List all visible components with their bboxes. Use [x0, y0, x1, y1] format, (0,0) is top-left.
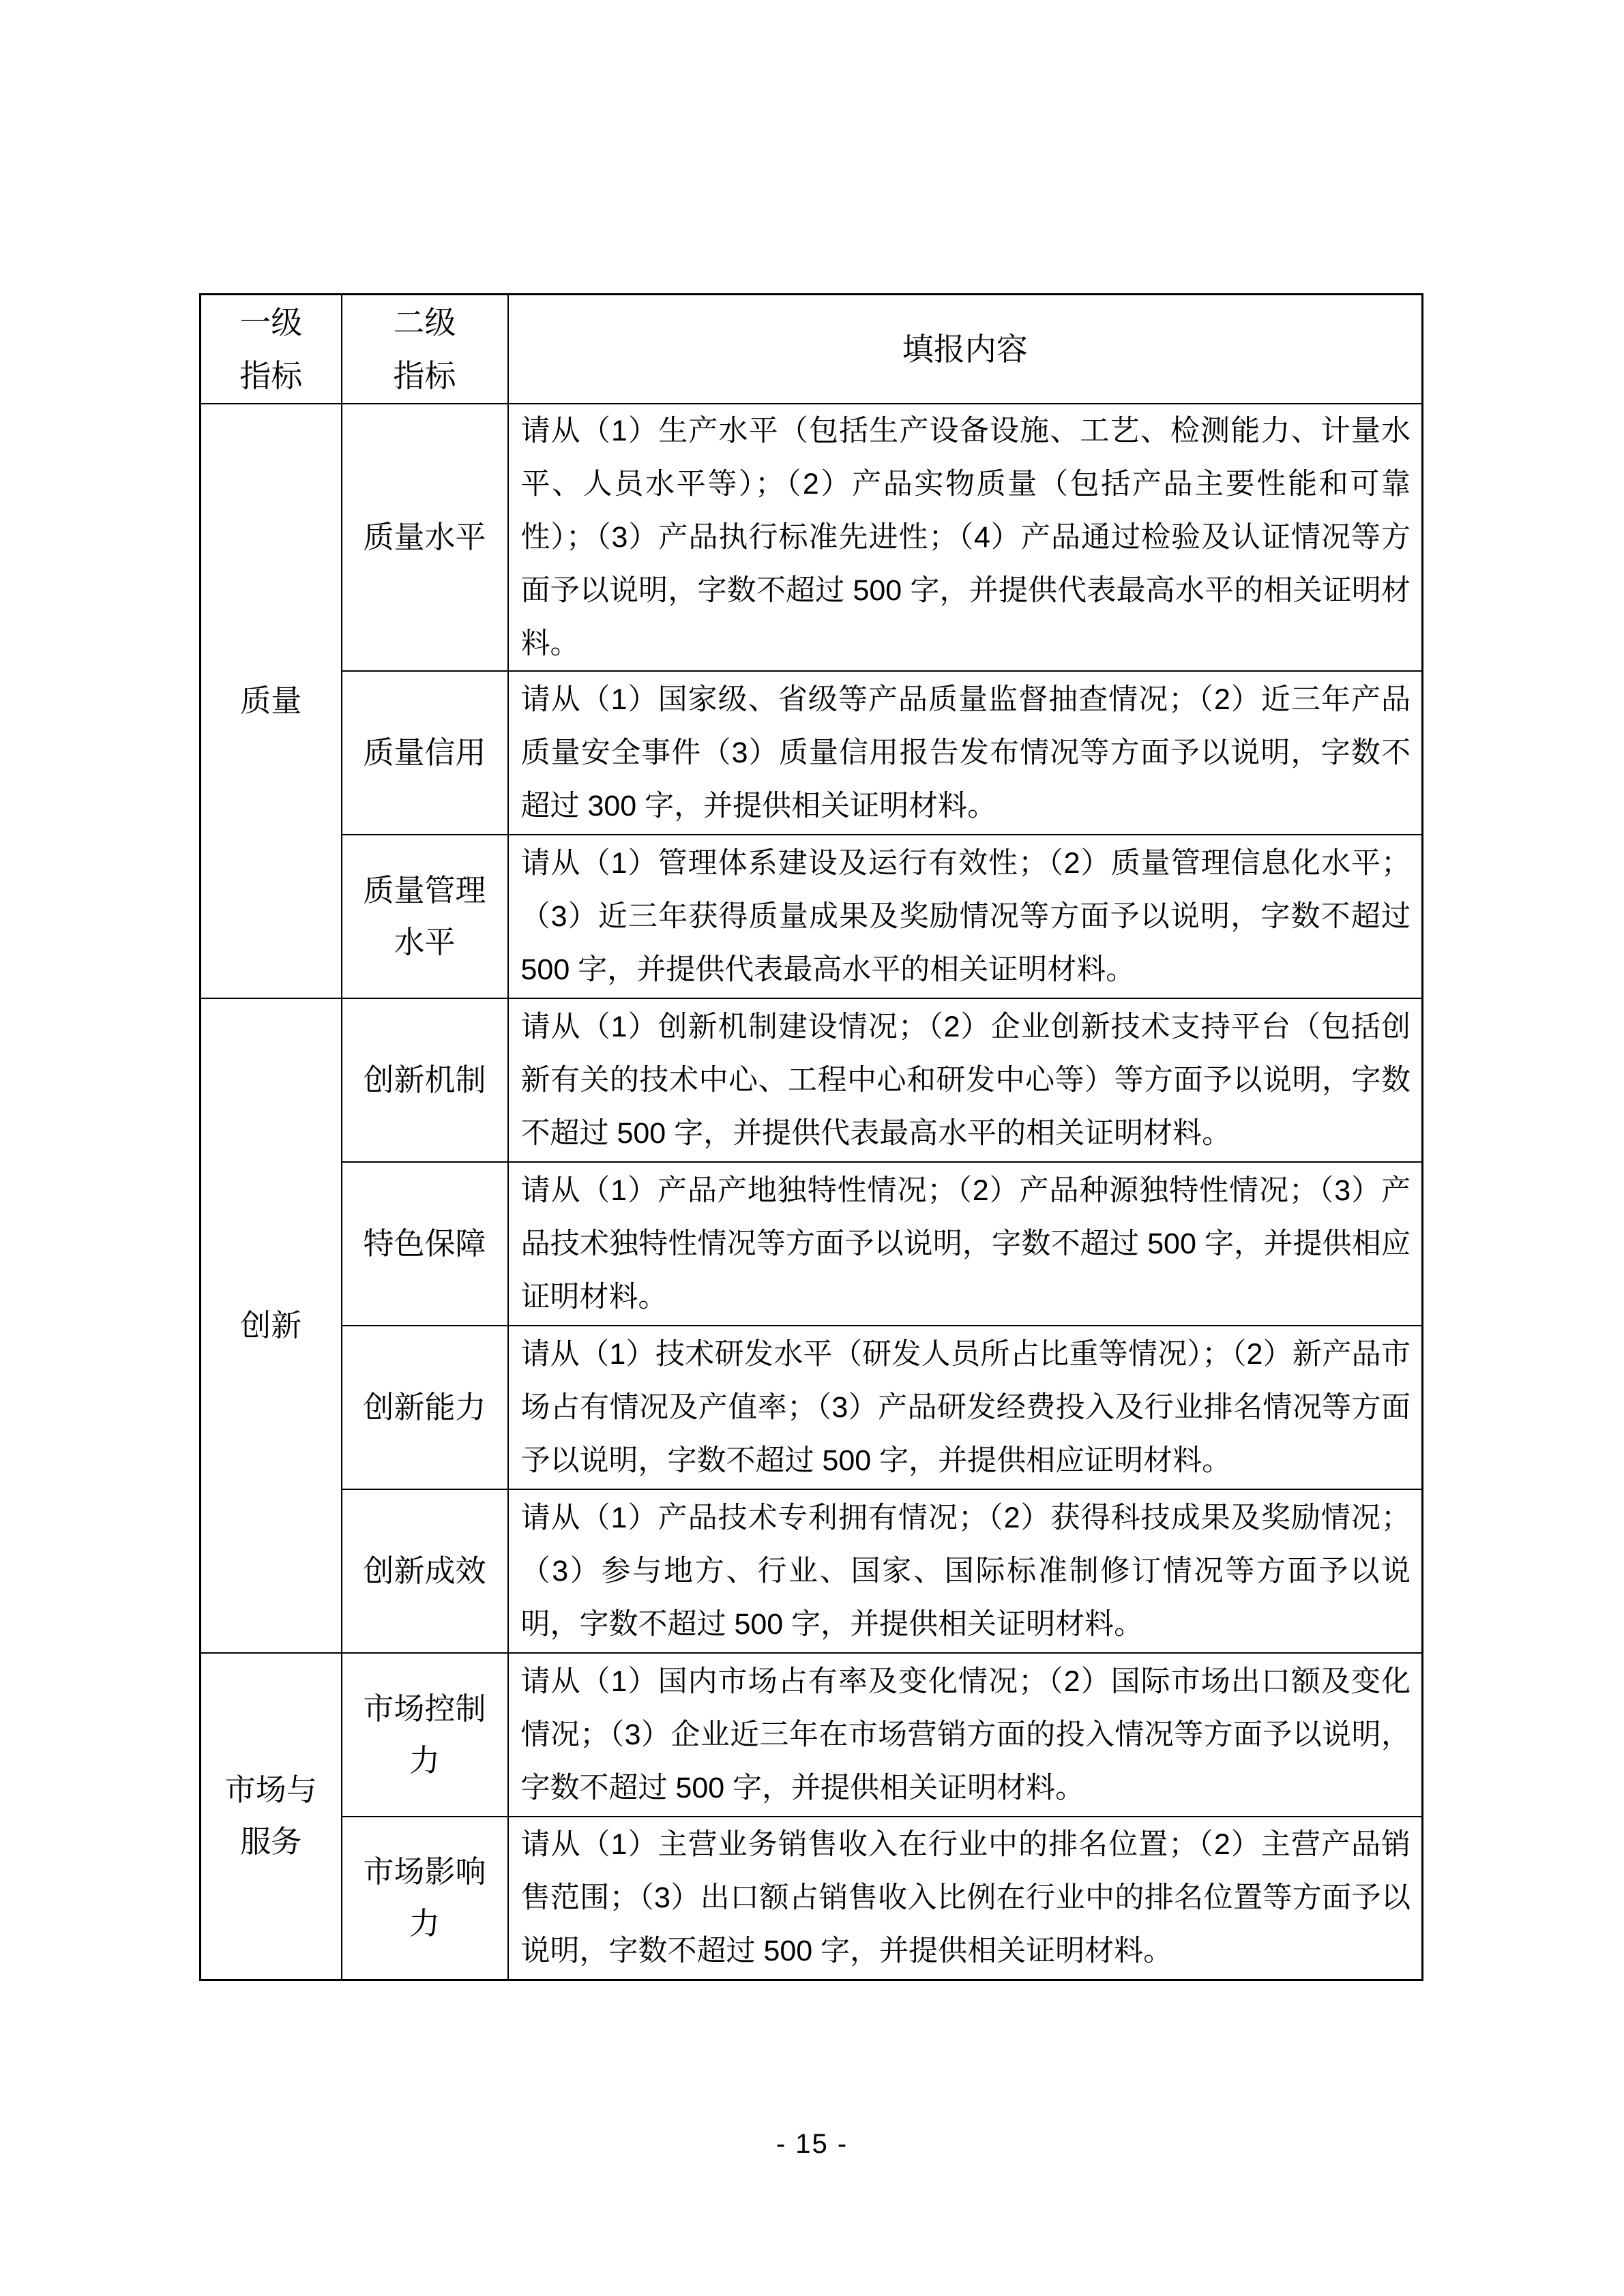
header-level1-indicator: 一级 指标 — [201, 295, 342, 404]
page-number: - 15 - — [0, 2129, 1624, 2160]
table-row: 市场影响 力 请从（1）主营业务销售收入在行业中的排名位置；（2）主营产品销售范… — [201, 1817, 1423, 1980]
content-cell: 请从（1）产品技术专利拥有情况；（2）获得科技成果及奖励情况；（3）参与地方、行… — [508, 1489, 1423, 1653]
level2-indicator-cell: 创新成效 — [342, 1489, 508, 1653]
content-cell: 请从（1）国内市场占有率及变化情况；（2）国际市场出口额及变化情况；（3）企业近… — [508, 1653, 1423, 1817]
table-row: 质量信用 请从（1）国家级、省级等产品质量监督抽查情况；（2）近三年产品质量安全… — [201, 671, 1423, 835]
indicator-table: 一级 指标 二级 指标 填报内容 质量 质量水平 请从（1）生产水平（包括生产设… — [199, 293, 1423, 1981]
table-row: 质量 质量水平 请从（1）生产水平（包括生产设备设施、工艺、检测能力、计量水平、… — [201, 404, 1423, 671]
content-cell: 请从（1）国家级、省级等产品质量监督抽查情况；（2）近三年产品质量安全事件（3）… — [508, 671, 1423, 835]
header-fill-content: 填报内容 — [508, 295, 1423, 404]
level1-indicator-cell: 创新 — [201, 998, 342, 1653]
table-row: 市场与 服务 市场控制 力 请从（1）国内市场占有率及变化情况；（2）国际市场出… — [201, 1653, 1423, 1817]
content-cell: 请从（1）产品产地独特性情况；（2）产品种源独特性情况；（3）产品技术独特性情况… — [508, 1162, 1423, 1326]
table-row: 质量管理 水平 请从（1）管理体系建设及运行有效性；（2）质量管理信息化水平；（… — [201, 835, 1423, 998]
level2-indicator-cell: 市场影响 力 — [342, 1817, 508, 1980]
level2-indicator-cell: 质量管理 水平 — [342, 835, 508, 998]
level2-indicator-cell: 质量水平 — [342, 404, 508, 671]
header-level2-indicator: 二级 指标 — [342, 295, 508, 404]
table-row: 创新能力 请从（1）技术研发水平（研发人员所占比重等情况）；（2）新产品市场占有… — [201, 1326, 1423, 1489]
level2-indicator-cell: 质量信用 — [342, 671, 508, 835]
table-header-row: 一级 指标 二级 指标 填报内容 — [201, 295, 1423, 404]
table-row: 创新 创新机制 请从（1）创新机制建设情况；（2）企业创新技术支持平台（包括创新… — [201, 998, 1423, 1162]
level2-indicator-cell: 创新机制 — [342, 998, 508, 1162]
level1-indicator-cell: 质量 — [201, 404, 342, 998]
content-cell: 请从（1）主营业务销售收入在行业中的排名位置；（2）主营产品销售范围；（3）出口… — [508, 1817, 1423, 1980]
level2-indicator-cell: 市场控制 力 — [342, 1653, 508, 1817]
content-cell: 请从（1）技术研发水平（研发人员所占比重等情况）；（2）新产品市场占有情况及产值… — [508, 1326, 1423, 1489]
level1-indicator-cell: 市场与 服务 — [201, 1653, 342, 1980]
content-cell: 请从（1）管理体系建设及运行有效性；（2）质量管理信息化水平；（3）近三年获得质… — [508, 835, 1423, 998]
level2-indicator-cell: 特色保障 — [342, 1162, 508, 1326]
table-row: 创新成效 请从（1）产品技术专利拥有情况；（2）获得科技成果及奖励情况；（3）参… — [201, 1489, 1423, 1653]
level2-indicator-cell: 创新能力 — [342, 1326, 508, 1489]
table-row: 特色保障 请从（1）产品产地独特性情况；（2）产品种源独特性情况；（3）产品技术… — [201, 1162, 1423, 1326]
content-cell: 请从（1）生产水平（包括生产设备设施、工艺、检测能力、计量水平、人员水平等）；（… — [508, 404, 1423, 671]
content-cell: 请从（1）创新机制建设情况；（2）企业创新技术支持平台（包括创新有关的技术中心、… — [508, 998, 1423, 1162]
